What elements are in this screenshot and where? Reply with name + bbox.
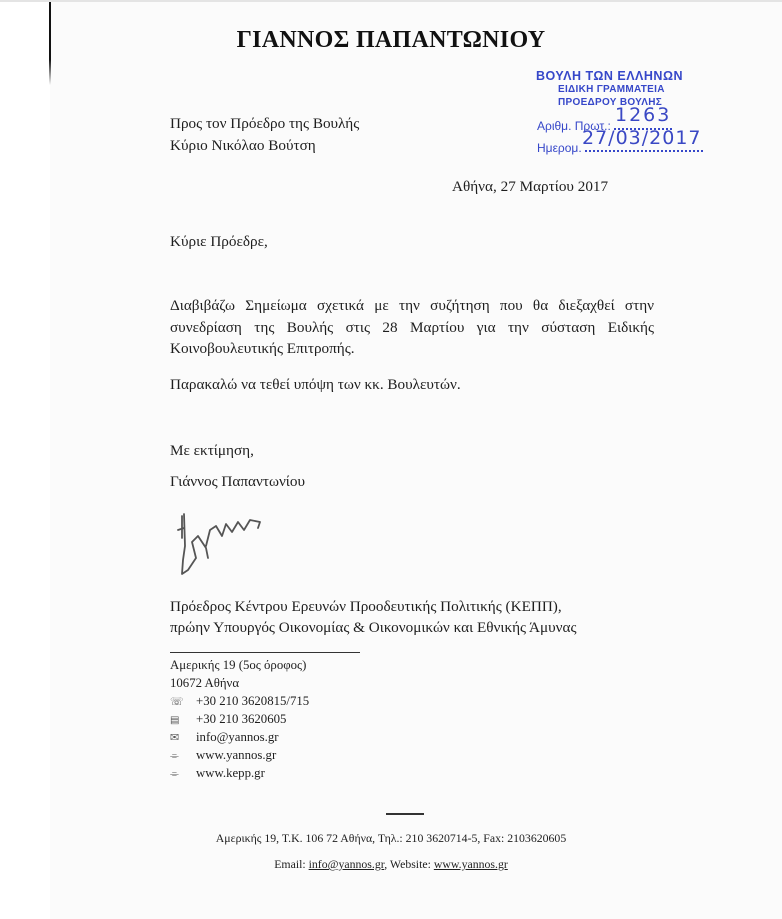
letterhead-name: ΓΙΑΝΝΟΣ ΠΑΠΑΝΤΩΝΙΟΥ (0, 27, 782, 54)
footer-website-label: , Website: (384, 857, 434, 871)
recipient-line-1: Προς τον Πρόεδρο της Βουλής (170, 115, 359, 133)
contact-address-2: 10672 Αθήνα (170, 676, 239, 691)
recipient-line-2: Κύριο Νικόλαο Βούτση (170, 137, 316, 155)
body-paragraph-2: Παρακαλώ να τεθεί υπόψη των κκ. Βουλευτώ… (170, 376, 461, 394)
contact-fax: ▤+30 210 3620605 (170, 712, 286, 727)
footer-website-link[interactable]: www.yannos.gr (434, 857, 508, 871)
handwritten-protocol-number: 1263 (615, 104, 671, 126)
contact-phone: ☏+30 210 3620815/715 (170, 694, 309, 709)
contact-address-1: Αμερικής 19 (5ος όροφος) (170, 658, 306, 673)
fax-number: +30 210 3620605 (196, 712, 286, 726)
date-place: Αθήνα, 27 Μαρτίου 2017 (452, 178, 608, 196)
stamp-line-2: ΕΙΔΙΚΗ ΓΡΑΜΜΑΤΕΙΑ (558, 84, 665, 95)
web-icon: ⌯ (170, 749, 196, 763)
website-kepp[interactable]: www.kepp.gr (196, 766, 265, 780)
web-icon: ⌯ (170, 767, 196, 781)
signer-title-1: Πρόεδρος Κέντρου Ερευνών Προοδευτικής Πο… (170, 598, 562, 616)
stamp-date-label: Ημερομ. (537, 141, 582, 155)
contact-divider (170, 652, 360, 653)
contact-email: ✉info@yannos.gr (170, 730, 279, 745)
stamp-line-1: ΒΟΥΛΗ ΤΩΝ ΕΛΛΗΝΩΝ (536, 69, 683, 83)
telephone-icon: ☏ (170, 695, 196, 708)
envelope-icon: ✉ (170, 731, 196, 744)
contact-web-1: ⌯www.yannos.gr (170, 748, 276, 763)
closing: Με εκτίμηση, (170, 442, 254, 460)
website-yannos[interactable]: www.yannos.gr (196, 748, 276, 762)
top-border (0, 0, 782, 2)
footer-address: Αμερικής 19, Τ.Κ. 106 72 Αθήνα, Τηλ.: 21… (0, 831, 782, 846)
signer-title-2: πρώην Υπουργός Οικονομίας & Οικονομικών … (170, 619, 577, 637)
salutation: Κύριε Πρόεδρε, (170, 233, 268, 251)
handwritten-date: 27/03/2017 (582, 127, 702, 149)
footer-divider (386, 813, 424, 815)
fax-icon: ▤ (170, 715, 196, 726)
email-address[interactable]: info@yannos.gr (196, 730, 279, 744)
phone-number: +30 210 3620815/715 (196, 694, 309, 708)
footer-email-link[interactable]: info@yannos.gr (309, 857, 385, 871)
contact-web-2: ⌯www.kepp.gr (170, 766, 265, 781)
signer-name: Γιάννος Παπαντωνίου (170, 473, 305, 491)
footer-contacts: Email: info@yannos.gr, Website: www.yann… (0, 857, 782, 872)
signature (170, 508, 280, 588)
body-paragraph-1: Διαβιβάζω Σημείωμα σχετικά με την συζήτη… (170, 295, 654, 360)
footer-email-label: Email: (274, 857, 308, 871)
